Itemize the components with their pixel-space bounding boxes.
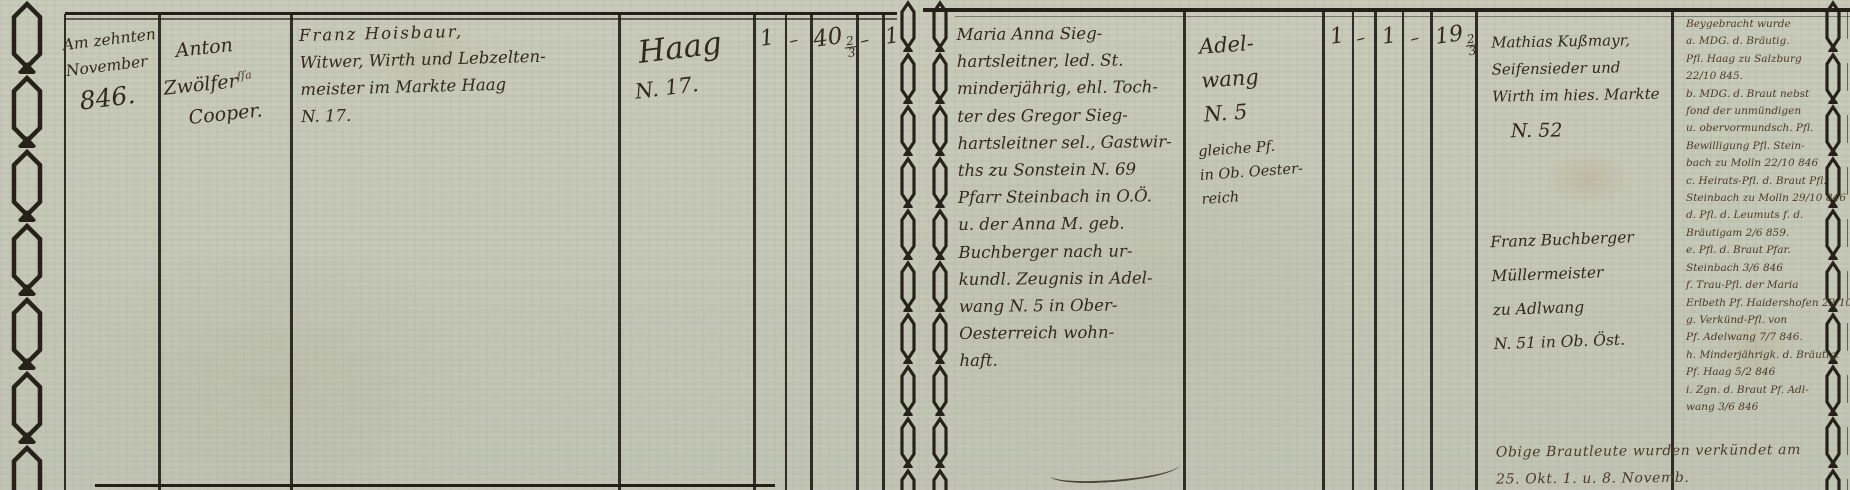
text-line: Oesterreich wohn-	[959, 318, 1185, 347]
banns-line: Obige Brautleute wurden verkündet am	[1496, 436, 1850, 466]
tally-dash: –	[787, 29, 801, 52]
column-rule	[1475, 10, 1478, 490]
tally-value: 1	[1380, 23, 1397, 50]
text-line: Wirth im hies. Markte	[1492, 80, 1676, 110]
text-line: ter des Gregor Sieg-	[957, 101, 1183, 130]
pen-flourish	[1049, 455, 1180, 486]
text-line: Bewilligung Pfl. Stein-	[1686, 138, 1822, 155]
column-rule	[1430, 10, 1433, 490]
tally-dash: –	[1408, 27, 1422, 50]
column-rule	[856, 14, 859, 490]
bride-residence-note: gleiche Pf.in Ob. Oester-reich	[1197, 132, 1322, 212]
text-line: Mathias Kußmayr,	[1491, 26, 1675, 56]
text-line: Buchberger nach ur-	[958, 237, 1184, 266]
witness-first-entry: Mathias Kußmayr,Seifensieder undWirth im…	[1491, 26, 1677, 145]
bottom-rule-left-page	[95, 484, 775, 487]
bride-residence-entry: Adel-wangN. 5 gleiche Pf.in Ob. Oester-r…	[1190, 22, 1322, 212]
column-rule	[1322, 10, 1325, 490]
text-line: wang 3/6 846	[1686, 399, 1822, 416]
groom-surname: Zwölfer	[162, 70, 238, 100]
text-line: Pfarr Steinbach in O.Ö.	[958, 182, 1184, 211]
text-line: b. MDG. d. Braut nebst	[1686, 86, 1822, 103]
text-line: Erlbeth Pf. Haidershofen 22/10 846	[1686, 295, 1822, 312]
banns-note: Obige Brautleute wurden verkündet am 25.…	[1496, 436, 1850, 490]
text-line: 22/10 845.	[1686, 68, 1822, 85]
text-line: minderjährig, ehl. Toch-	[957, 73, 1183, 102]
column-rule	[1402, 10, 1404, 490]
column-rule	[1374, 10, 1377, 490]
text-line: ths zu Sonstein N. 69	[958, 155, 1184, 184]
text-line: Beygebracht wurde	[1686, 16, 1822, 33]
bride-residence-place: Adel-wangN. 5	[1190, 22, 1317, 132]
text-line: Maria Anna Sieg-	[956, 19, 1182, 48]
text-line: Steinbach zu Molln 29/10 846	[1686, 190, 1822, 207]
groom-description-lines: Witwer, Wirth und Lebzelten-meister im M…	[299, 41, 617, 130]
text-line: d. Pfl. d. Leumuts f. d.	[1686, 207, 1822, 224]
column-rule	[618, 14, 621, 490]
right-chain-border-icon	[1822, 0, 1848, 490]
fraction-denominator: 3	[845, 46, 858, 60]
groom-description-entry: Franz Hoisbaur, Witwer, Wirth und Lebzel…	[299, 14, 618, 130]
tally-dash: –	[858, 29, 872, 52]
text-line: Pf. Haag 5/2 846	[1686, 364, 1822, 381]
text-line: Bräutigam 2/6 859.	[1686, 225, 1822, 242]
tally-dash: –	[1354, 27, 1368, 50]
text-line: h. Minderjährigk. d. Bräutig.	[1686, 347, 1822, 364]
tally-fraction-value: 19 2 3	[1434, 19, 1479, 61]
text-line: hartsleitner sel., Gastwir-	[957, 128, 1183, 157]
tally-whole: 19	[1434, 21, 1465, 50]
tally-value: 1	[758, 25, 775, 52]
text-line: g. Verkünd-Pfl. von	[1686, 312, 1822, 329]
text-line: a. MDG. d. Bräutig.	[1686, 33, 1822, 50]
date-year: 846.	[68, 78, 170, 116]
left-chain-border-icon	[4, 0, 56, 490]
column-rule	[882, 14, 885, 490]
text-line: kundl. Zeugnis in Adel-	[959, 264, 1185, 293]
center-chain-border-right-icon	[929, 0, 951, 490]
text-line: haft.	[959, 345, 1185, 374]
text-line: N. 5	[1195, 90, 1317, 132]
text-line: hartsleitner, led. St.	[957, 46, 1183, 75]
text-line: Steinbach 3/6 846	[1686, 260, 1822, 277]
tally-value: 1	[1328, 23, 1345, 50]
text-line: N. 52	[1493, 115, 1677, 145]
banns-line: 25. Okt. 1. u. 8. Novemb.	[1496, 463, 1850, 490]
text-line: f. Trau-Pfl. der Maria	[1686, 277, 1822, 294]
marriage-date-entry: Am zehnten November 846.	[61, 20, 170, 116]
fraction-denominator: 3	[1466, 44, 1479, 58]
text-line: fond der unmündigen	[1686, 103, 1822, 120]
text-line: wang N. 5 in Ober-	[959, 291, 1185, 320]
text-line: Pfl. Haag zu Salzburg	[1686, 51, 1822, 68]
documents-remarks-entry: Beygebracht wurdea. MDG. d. Bräutig.Pfl.…	[1686, 16, 1822, 416]
church-register-scan: Am zehnten November 846. Anton Zwölferſſ…	[0, 0, 1850, 490]
bride-description-entry: Maria Anna Sieg-hartsleitner, led. St.mi…	[956, 19, 1185, 375]
top-rule-left-page	[65, 12, 897, 15]
center-chain-border-left-icon	[897, 0, 919, 490]
text-line: u. obervormundsch. Pfl.	[1686, 120, 1822, 137]
tally-fraction-value: 40 2 3	[812, 21, 859, 63]
text-line: c. Heirats-Pfl. d. Braut Pfl.	[1686, 173, 1822, 190]
text-line: Seifensieder und	[1491, 53, 1675, 83]
column-rule	[753, 14, 756, 490]
groom-name-flourish: ſſa	[236, 68, 252, 82]
column-rule	[290, 14, 293, 490]
top-rule-right-page	[923, 8, 1850, 12]
column-rule	[1352, 10, 1354, 490]
column-rule	[810, 14, 813, 490]
tally-whole: 40	[812, 23, 845, 53]
groom-residence-entry: Haag N. 17.	[628, 19, 750, 108]
column-rule	[785, 14, 787, 490]
groom-name-entry: Anton Zwölferſſa Cooper.	[158, 24, 292, 137]
witness-second-entry: Franz BuchbergerMüllermeisterzu AdlwangN…	[1490, 219, 1679, 361]
column-rule	[64, 14, 66, 490]
text-line: N. 51 in Ob. Öst.	[1493, 321, 1678, 361]
text-line: i. Zgn. d. Braut Pf. Adl-	[1686, 382, 1822, 399]
text-line: e. Pfl. d. Braut Pfar.	[1686, 242, 1822, 259]
text-line: bach zu Molln 22/10 846	[1686, 155, 1822, 172]
text-line: u. der Anna M. geb.	[958, 209, 1184, 238]
text-line: Pf. Adelwang 7/7 846.	[1686, 329, 1822, 346]
